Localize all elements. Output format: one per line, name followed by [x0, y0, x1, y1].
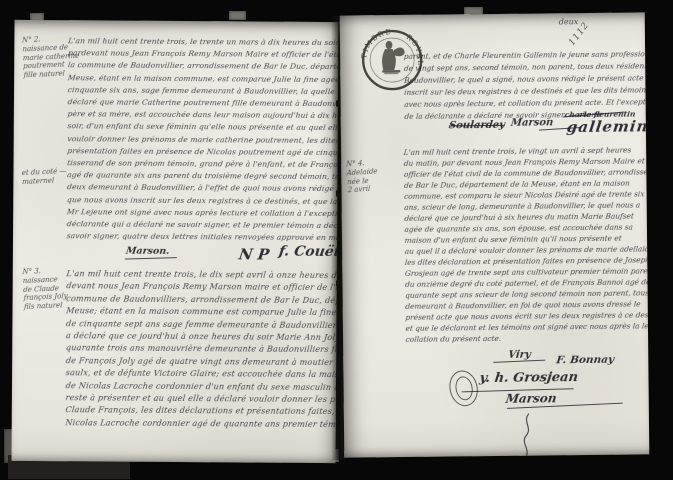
left-page: N° 2.naissance demarie catherinepoutreme… — [11, 20, 338, 463]
register-scan-photo: N° 2.naissance demarie catherinepoutreme… — [0, 0, 673, 480]
signature-bonnay: F. Bonnay — [556, 354, 615, 367]
handwritten-line: Nicolas Lacroche cordonnier agé de quara… — [65, 416, 339, 431]
binding-stitch — [336, 370, 340, 377]
ink-squiggle — [520, 412, 535, 458]
clamp-tab — [229, 11, 246, 20]
birth-act-1-text: L'an mil huit cent trente trois, le tren… — [66, 35, 339, 245]
margin-note-act-4: N° 4.Adelaidenée le2 avril — [345, 158, 378, 195]
corner-note: deux — [559, 17, 579, 26]
signature-marson-2: Marson — [510, 117, 554, 128]
handwritten-line: fils naturel — [24, 301, 69, 312]
signature-viry: Viry — [508, 350, 532, 361]
stamp-figure — [382, 41, 405, 75]
handwritten-line: collation du présent acte. — [405, 331, 649, 345]
binding-stitch — [336, 190, 340, 197]
handwritten-line: maternel — [22, 176, 67, 187]
signature-underline — [125, 257, 177, 259]
margin-note-maternel: et du coté —maternel — [21, 167, 66, 187]
binding-stitch — [336, 280, 340, 287]
binding-stitch — [336, 100, 340, 107]
birth-act-4-text: L'an mil huit cent trente trois, le ving… — [403, 144, 649, 345]
signature-grosjean: y. h. Grosjean — [479, 370, 579, 386]
signature-soulardey: Soulardey — [448, 120, 505, 132]
margin-note-act-3: N° 3.naissancede Claudefrançois Jolyfils… — [22, 266, 68, 312]
signature-initials: N P — [238, 245, 271, 263]
signature-gallemin: gallemin — [566, 117, 650, 136]
right-page: TIMBRE ROYAL deux 1112 parent, et de Cha… — [340, 12, 650, 457]
signature-couet: f. Couët — [278, 244, 339, 260]
handwritten-line: 2 avril — [348, 185, 379, 196]
signature-marson-3: Marson — [505, 391, 558, 406]
signature-marson-1: Marson. — [125, 246, 170, 257]
birth-act-2-text: L'an mil huit cent trente trois, le dix … — [65, 267, 339, 431]
handwritten-line: savoir signer, quatre deux lettres initi… — [66, 230, 339, 244]
signature-underline — [493, 360, 545, 363]
